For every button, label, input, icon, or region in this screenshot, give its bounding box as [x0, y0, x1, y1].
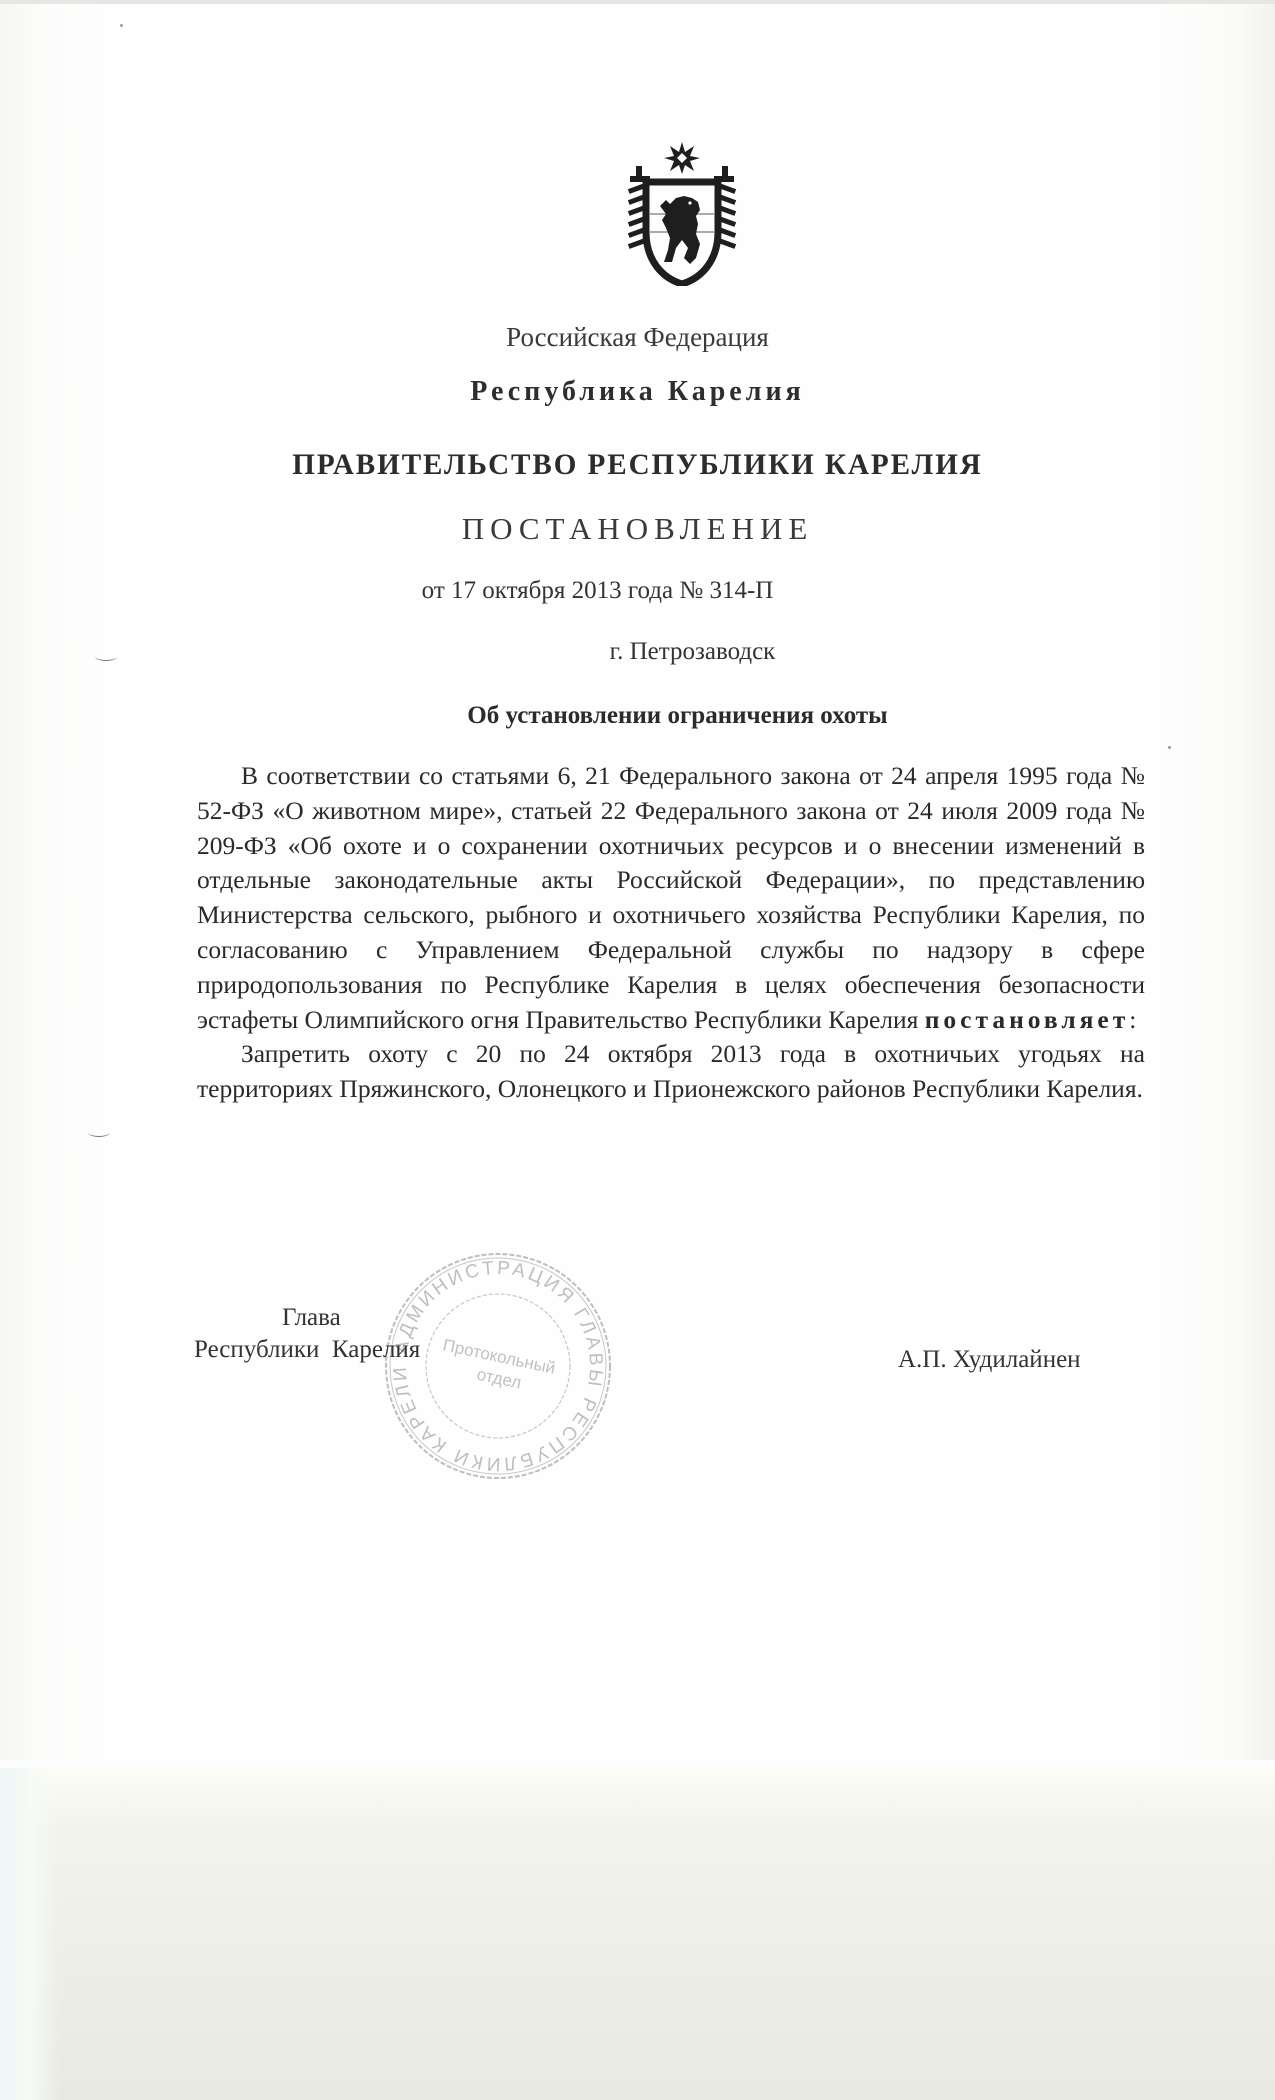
republic-heading: Республика Карелия: [0, 376, 1275, 408]
scan-speck: [120, 24, 123, 27]
scanner-background: [0, 1768, 1275, 2100]
document-subject: Об установлении ограничения охоты: [40, 702, 1275, 730]
preamble-paragraph: В соответствии со статьями 6, 21 Федерал…: [197, 759, 1145, 1037]
decree-colon: :: [1129, 1005, 1136, 1034]
country-heading: Российская Федерация: [0, 322, 1275, 353]
punch-hole-mark: [88, 1128, 110, 1137]
decree-word: постановляет: [925, 1005, 1130, 1034]
preamble-text: В соответствии со статьями 6, 21 Федерал…: [197, 761, 1145, 1034]
signatory-title-line1: Глава: [282, 1304, 341, 1332]
order-paragraph: Запретить охоту с 20 по 24 октября 2013 …: [197, 1037, 1145, 1107]
signatory-title-line2: Республики Карелия: [194, 1336, 420, 1364]
document-page: Российская Федерация Республика Карелия …: [0, 0, 1275, 1760]
document-type-heading: ПОСТАНОВЛЕНИЕ: [0, 511, 1275, 547]
city: г. Петрозаводск: [55, 638, 1275, 666]
document-body: В соответствии со статьями 6, 21 Федерал…: [197, 759, 1145, 1107]
coat-of-arms-icon: [626, 140, 738, 286]
signatory-name: А.П. Худилайнен: [898, 1346, 1081, 1374]
authority-heading: ПРАВИТЕЛЬСТВО РЕСПУБЛИКИ КАРЕЛИЯ: [19, 448, 1256, 482]
scan-speck: [1168, 746, 1171, 749]
page-edge: [0, 0, 1275, 4]
date-number: от 17 октября 2013 года № 314-П: [0, 577, 1235, 605]
official-stamp: АДМИНИСТРАЦИЯ ГЛАВЫ РЕСПУБЛИКИ КАРЕЛИЯ П…: [382, 1250, 614, 1482]
